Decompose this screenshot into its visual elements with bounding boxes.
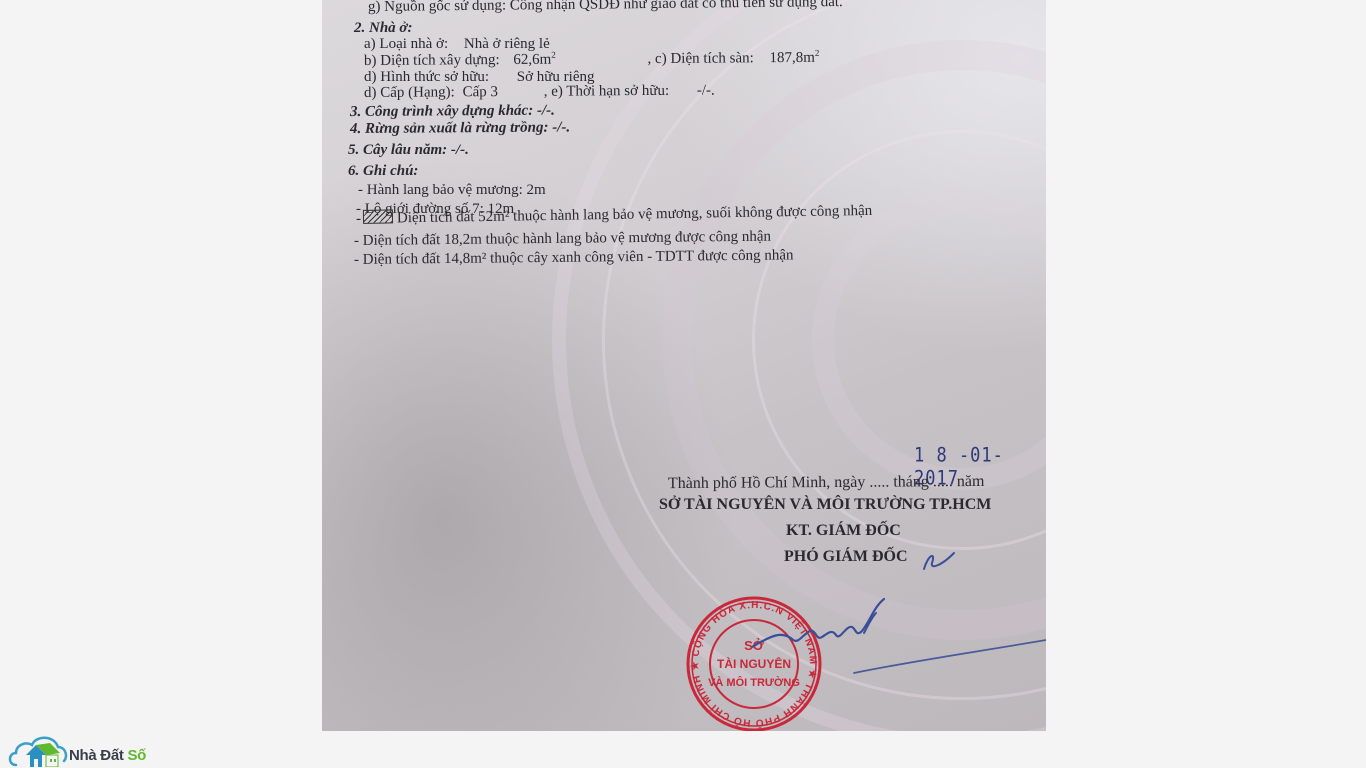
- construction-area-value: 62,6m2: [513, 52, 556, 68]
- signer-position: PHÓ GIÁM ĐỐC: [784, 548, 908, 566]
- issuing-agency: SỞ TÀI NGUYÊN VÀ MÔI TRƯỜNG TP.HCM: [659, 496, 991, 514]
- floor-area-value: 187,8m2: [769, 50, 819, 66]
- note-5: - Diện tích đất 14,8m² thuộc cây xanh cô…: [354, 246, 794, 269]
- grade-row: d) Cấp (Hạng): Cấp 3 , e) Thời hạn sở hữ…: [364, 82, 715, 102]
- house-type-label: a) Loại nhà ở:: [364, 36, 448, 52]
- handwritten-signature: [752, 595, 1046, 685]
- nha-dat-so-logo: Nhà Đất Số: [6, 733, 146, 767]
- section-5: 5. Cây lâu năm: -/-.: [348, 141, 469, 159]
- grade-label: d) Cấp (Hạng):: [364, 84, 455, 101]
- section-4: 4. Rừng sản xuất là rừng trồng: -/-.: [350, 118, 570, 138]
- floor-area-label: , c) Diện tích sàn:: [647, 50, 753, 67]
- section-6-title: 6. Ghi chú:: [348, 162, 418, 180]
- brand-name: Nhà Đất Số: [69, 747, 146, 764]
- certificate-document-photo: g) Nguồn gốc sử dụng: Công nhận QSDĐ như…: [322, 0, 1046, 731]
- place-date-line: Thành phố Hồ Chí Minh, ngày ..... tháng …: [668, 473, 985, 493]
- initial-flourish: [918, 545, 958, 575]
- note-1: - Hành lang bảo vệ mương: 2m: [358, 181, 546, 199]
- hatched-area-legend-icon: [363, 209, 393, 223]
- image-viewer: g) Nguồn gốc sử dụng: Công nhận QSDĐ như…: [0, 0, 1366, 768]
- construction-area-row: b) Diện tích xây dựng: 62,6m2 , c) Diện …: [364, 49, 820, 70]
- ownership-term-value: -/-.: [697, 83, 715, 99]
- house-type-value: Nhà ở riêng lẻ: [464, 36, 550, 52]
- construction-area-label: b) Diện tích xây dựng:: [364, 52, 500, 69]
- land-origin-line: g) Nguồn gốc sử dụng: Công nhận QSDĐ như…: [368, 0, 843, 16]
- grade-value: Cấp 3: [463, 84, 499, 100]
- ownership-term-label: , e) Thời hạn sở hữu:: [544, 83, 669, 100]
- cloud-house-icon: [6, 733, 68, 767]
- on-behalf-title: KT. GIÁM ĐỐC: [786, 522, 901, 540]
